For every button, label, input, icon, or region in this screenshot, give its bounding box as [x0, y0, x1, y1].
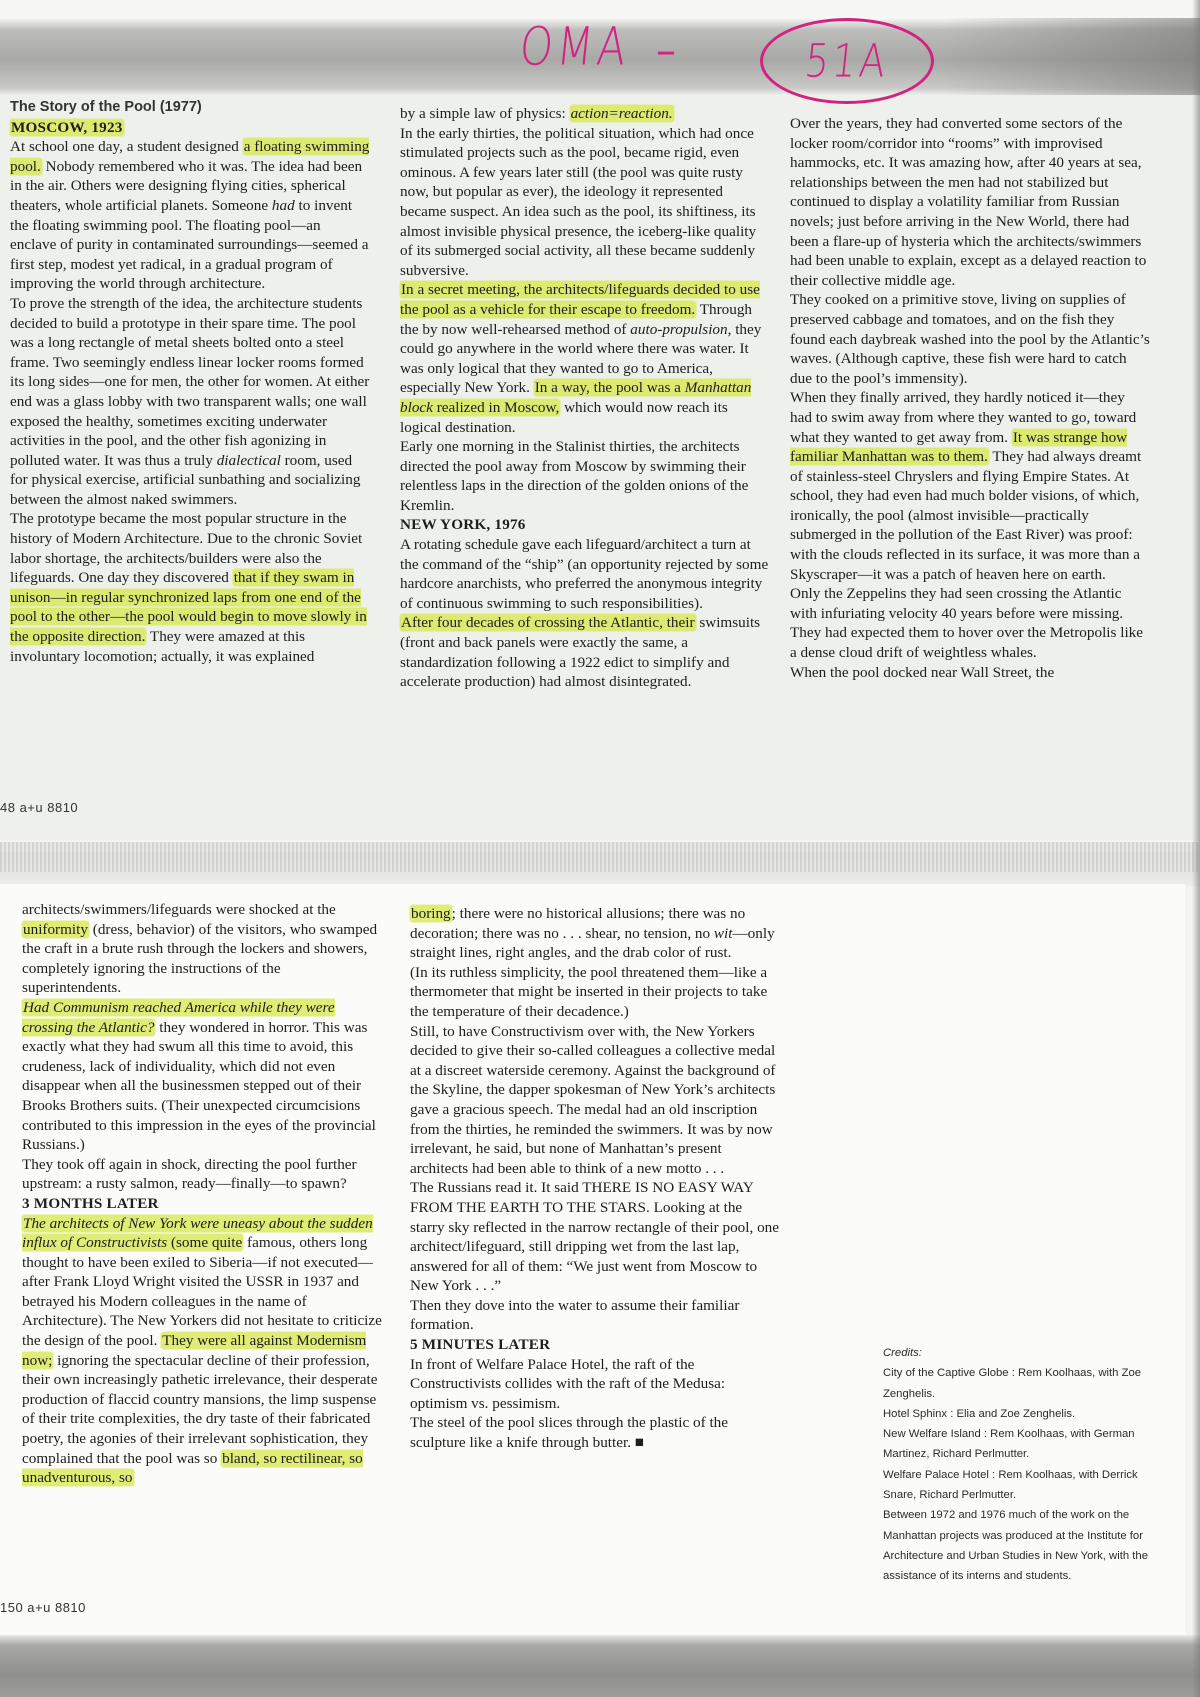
highlight: action=reaction.: [570, 105, 674, 122]
paragraph: The steel of the pool slices through the…: [410, 1413, 780, 1452]
paragraph: The Russians read it. It said THERE IS N…: [410, 1178, 780, 1296]
highlight: boring: [410, 905, 452, 922]
scan-shadow-bottom: [0, 1635, 1200, 1697]
paragraph: Only the Zeppelins they had seen crossin…: [790, 584, 1150, 662]
highlight: uniformity: [22, 921, 89, 938]
credit-line: Between 1972 and 1976 much of the work o…: [883, 1505, 1153, 1586]
page-folio-bottom: 150 a+u 8810: [0, 1600, 86, 1615]
bottom-column-2: boring; there were no historical allusio…: [410, 904, 780, 1453]
credits-block: Credits: City of the Captive Globe : Rem…: [883, 1343, 1153, 1587]
paragraph: The prototype became the most popular st…: [10, 509, 370, 666]
paragraph: In a secret meeting, the architects/life…: [400, 280, 770, 437]
paragraph: Early one morning in the Stalinist thirt…: [400, 437, 770, 515]
handwritten-oma: OMA: [517, 16, 633, 77]
credits-title: Credits:: [883, 1343, 1153, 1363]
bottom-column-1: architects/swimmers/lifeguards were shoc…: [22, 900, 382, 1488]
section-heading-new-york: NEW YORK, 1976: [400, 515, 770, 535]
page-folio-top: 48 a+u 8810: [0, 800, 78, 815]
top-column-3: Over the years, they had converted some …: [790, 114, 1150, 682]
paragraph: To prove the strength of the idea, the a…: [10, 294, 370, 510]
paragraph: Then they dove into the water to assume …: [410, 1296, 780, 1335]
handwritten-dash: –: [656, 28, 676, 74]
paragraph: boring; there were no historical allusio…: [410, 904, 780, 963]
halftone-strip: [0, 842, 1200, 872]
section-heading-moscow: MOSCOW, 1923: [10, 118, 370, 138]
paragraph: In the early thirties, the political sit…: [400, 124, 770, 281]
section-heading-5-minutes: 5 MINUTES LATER: [410, 1335, 780, 1355]
top-column-1: The Story of the Pool (1977) MOSCOW, 192…: [10, 98, 370, 666]
paragraph: Had Communism reached America while they…: [22, 998, 382, 1155]
credit-line: Hotel Sphinx : Elia and Zoe Zenghelis.: [883, 1404, 1153, 1424]
paragraph: In front of Welfare Palace Hotel, the ra…: [410, 1355, 780, 1414]
paragraph: architects/swimmers/lifeguards were shoc…: [22, 900, 382, 998]
scan-edge-right: [1192, 0, 1200, 1697]
paragraph: When the pool docked near Wall Street, t…: [790, 663, 1150, 683]
paragraph: Still, to have Constructivism over with,…: [410, 1022, 780, 1179]
paragraph: When they finally arrived, they hardly n…: [790, 388, 1150, 584]
paragraph: At school one day, a student designed a …: [10, 137, 370, 294]
handwritten-circle: 51A: [760, 18, 934, 104]
paragraph: A rotating schedule gave each lifeguard/…: [400, 535, 770, 613]
credit-line: New Welfare Island : Rem Koolhaas, with …: [883, 1424, 1153, 1465]
article-title: The Story of the Pool (1977): [10, 98, 370, 118]
paragraph: Over the years, they had converted some …: [790, 114, 1150, 290]
highlight: After four decades of crossing the Atlan…: [400, 614, 696, 631]
paragraph: They cooked on a primitive stove, living…: [790, 290, 1150, 388]
handwritten-51a: 51A: [803, 35, 892, 88]
top-column-2: by a simple law of physics: action=react…: [400, 104, 770, 692]
paragraph: (In its ruthless simplicity, the pool th…: [410, 963, 780, 1022]
section-heading-3-months: 3 MONTHS LATER: [22, 1194, 382, 1214]
paragraph: The architects of New York were uneasy a…: [22, 1214, 382, 1488]
paragraph: After four decades of crossing the Atlan…: [400, 613, 770, 691]
credit-line: City of the Captive Globe : Rem Koolhaas…: [883, 1363, 1153, 1404]
credit-line: Welfare Palace Hotel : Rem Koolhaas, wit…: [883, 1465, 1153, 1506]
paragraph: by a simple law of physics: action=react…: [400, 104, 770, 124]
paragraph: They took off again in shock, directing …: [22, 1155, 382, 1194]
